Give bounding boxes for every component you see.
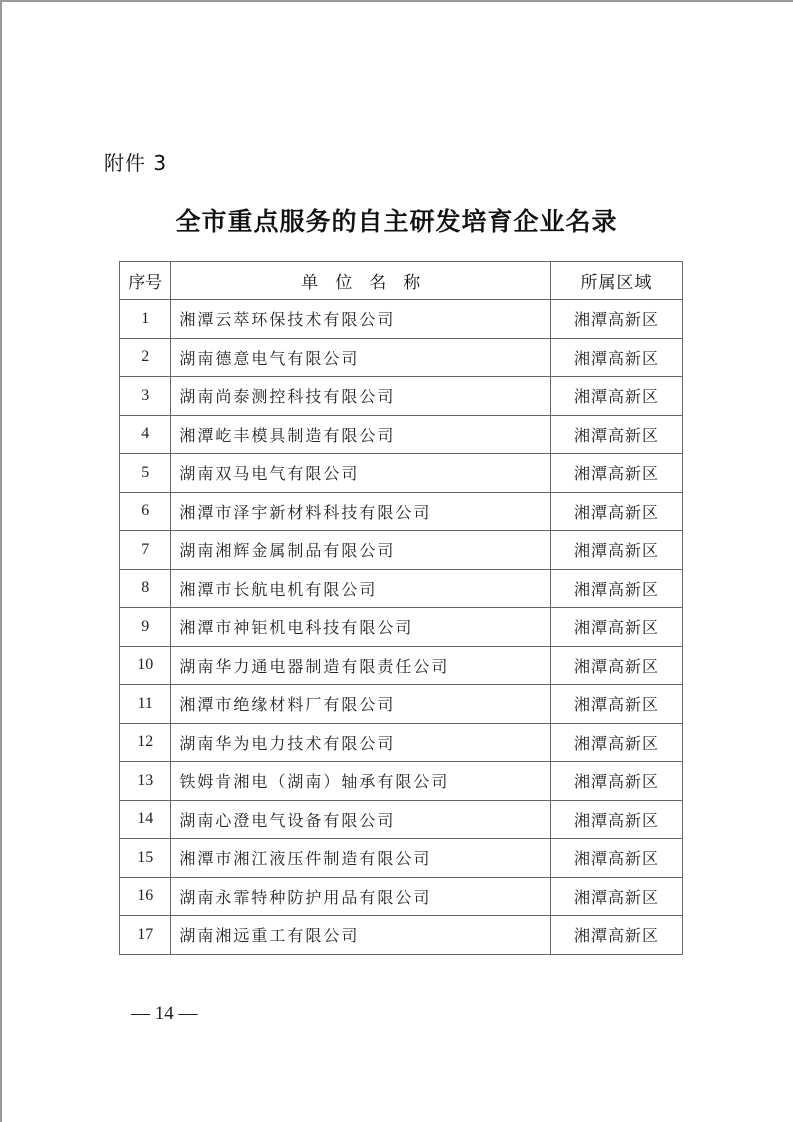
cell-serial-number: 5 [120, 454, 171, 493]
cell-unit-name: 湘潭市长航电机有限公司 [171, 569, 551, 608]
enterprise-table: 序号 单 位 名 称 所属区域 1湘潭云萃环保技术有限公司湘潭高新区 2湖南德意… [119, 261, 683, 955]
cell-area: 湘潭高新区 [551, 377, 683, 416]
header-unit-name: 单 位 名 称 [171, 262, 551, 300]
cell-unit-name: 湖南心澄电气设备有限公司 [171, 800, 551, 839]
cell-area: 湘潭高新区 [551, 762, 683, 801]
cell-area: 湘潭高新区 [551, 531, 683, 570]
table-row: 17湖南湘远重工有限公司湘潭高新区 [120, 916, 683, 955]
cell-unit-name: 湖南华为电力技术有限公司 [171, 723, 551, 762]
page-edge [0, 0, 2, 1122]
cell-area: 湘潭高新区 [551, 916, 683, 955]
table-row: 6湘潭市泽宇新材料科技有限公司湘潭高新区 [120, 492, 683, 531]
cell-area: 湘潭高新区 [551, 685, 683, 724]
cell-area: 湘潭高新区 [551, 877, 683, 916]
cell-serial-number: 13 [120, 762, 171, 801]
table-row: 12湖南华为电力技术有限公司湘潭高新区 [120, 723, 683, 762]
cell-unit-name: 湖南双马电气有限公司 [171, 454, 551, 493]
cell-serial-number: 3 [120, 377, 171, 416]
cell-area: 湘潭高新区 [551, 338, 683, 377]
cell-unit-name: 湖南华力通电器制造有限责任公司 [171, 646, 551, 685]
cell-area: 湘潭高新区 [551, 415, 683, 454]
table-row: 9湘潭市神钜机电科技有限公司湘潭高新区 [120, 608, 683, 647]
cell-unit-name: 湘潭市绝缘材料厂有限公司 [171, 685, 551, 724]
cell-area: 湘潭高新区 [551, 723, 683, 762]
table-row: 10湖南华力通电器制造有限责任公司湘潭高新区 [120, 646, 683, 685]
cell-serial-number: 12 [120, 723, 171, 762]
cell-unit-name: 湖南德意电气有限公司 [171, 338, 551, 377]
table-row: 8湘潭市长航电机有限公司湘潭高新区 [120, 569, 683, 608]
table-row: 14湖南心澄电气设备有限公司湘潭高新区 [120, 800, 683, 839]
cell-serial-number: 6 [120, 492, 171, 531]
cell-unit-name: 湘潭云萃环保技术有限公司 [171, 300, 551, 339]
cell-serial-number: 4 [120, 415, 171, 454]
cell-unit-name: 湘潭市湘江液压件制造有限公司 [171, 839, 551, 878]
cell-unit-name: 湖南湘远重工有限公司 [171, 916, 551, 955]
cell-unit-name: 湖南永霏特种防护用品有限公司 [171, 877, 551, 916]
cell-area: 湘潭高新区 [551, 839, 683, 878]
cell-serial-number: 15 [120, 839, 171, 878]
cell-unit-name: 湘潭市泽宇新材料科技有限公司 [171, 492, 551, 531]
cell-serial-number: 16 [120, 877, 171, 916]
cell-unit-name: 湘潭屹丰模具制造有限公司 [171, 415, 551, 454]
cell-serial-number: 8 [120, 569, 171, 608]
cell-serial-number: 14 [120, 800, 171, 839]
cell-unit-name: 湖南湘辉金属制品有限公司 [171, 531, 551, 570]
header-serial-number: 序号 [120, 262, 171, 300]
table-row: 7湖南湘辉金属制品有限公司湘潭高新区 [120, 531, 683, 570]
table-row: 15湘潭市湘江液压件制造有限公司湘潭高新区 [120, 839, 683, 878]
cell-serial-number: 1 [120, 300, 171, 339]
document-title: 全市重点服务的自主研发培育企业名录 [0, 202, 793, 238]
cell-area: 湘潭高新区 [551, 454, 683, 493]
cell-area: 湘潭高新区 [551, 492, 683, 531]
table-row: 5湖南双马电气有限公司湘潭高新区 [120, 454, 683, 493]
table-row: 2湖南德意电气有限公司湘潭高新区 [120, 338, 683, 377]
cell-serial-number: 17 [120, 916, 171, 955]
table-row: 4湘潭屹丰模具制造有限公司湘潭高新区 [120, 415, 683, 454]
cell-area: 湘潭高新区 [551, 800, 683, 839]
page-number: — 14 — [131, 1003, 198, 1025]
cell-area: 湘潭高新区 [551, 646, 683, 685]
cell-serial-number: 11 [120, 685, 171, 724]
table-row: 3湖南尚泰测控科技有限公司湘潭高新区 [120, 377, 683, 416]
table-row: 16湖南永霏特种防护用品有限公司湘潭高新区 [120, 877, 683, 916]
cell-area: 湘潭高新区 [551, 608, 683, 647]
table-row: 13铁姆肯湘电（湖南）轴承有限公司湘潭高新区 [120, 762, 683, 801]
cell-area: 湘潭高新区 [551, 569, 683, 608]
table-header-row: 序号 单 位 名 称 所属区域 [120, 262, 683, 300]
attachment-label: 附件 3 [104, 147, 167, 176]
table-row: 11湘潭市绝缘材料厂有限公司湘潭高新区 [120, 685, 683, 724]
cell-unit-name: 湘潭市神钜机电科技有限公司 [171, 608, 551, 647]
cell-unit-name: 铁姆肯湘电（湖南）轴承有限公司 [171, 762, 551, 801]
table-row: 1湘潭云萃环保技术有限公司湘潭高新区 [120, 300, 683, 339]
page-edge [0, 0, 793, 2]
header-area: 所属区域 [551, 262, 683, 300]
cell-unit-name: 湖南尚泰测控科技有限公司 [171, 377, 551, 416]
cell-serial-number: 7 [120, 531, 171, 570]
cell-serial-number: 2 [120, 338, 171, 377]
cell-serial-number: 9 [120, 608, 171, 647]
cell-serial-number: 10 [120, 646, 171, 685]
cell-area: 湘潭高新区 [551, 300, 683, 339]
